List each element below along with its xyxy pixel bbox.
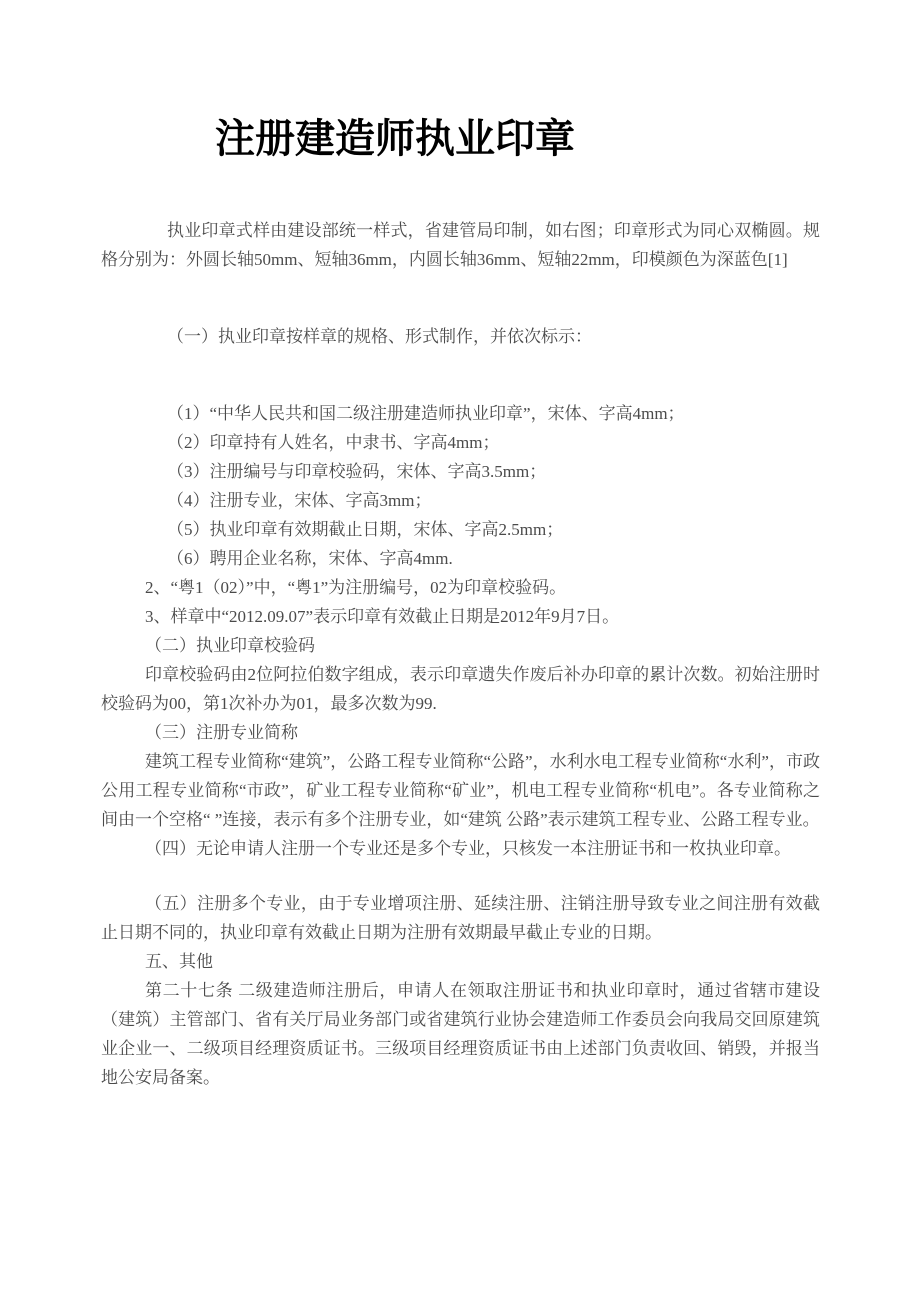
paragraph-spacer bbox=[101, 351, 820, 399]
document-title: 注册建造师执业印章 bbox=[0, 0, 920, 166]
paragraph: 印章校验码由2位阿拉伯数字组成，表示印章遗失作废后补办印章的累计次数。初始注册时… bbox=[101, 660, 820, 718]
paragraph: 3、样章中“2012.09.07”表示印章有效截止日期是2012年9月7日。 bbox=[101, 602, 820, 631]
paragraph: （一）执业印章按样章的规格、形式制作，并依次标示： bbox=[101, 322, 820, 351]
paragraph-spacer bbox=[101, 274, 820, 322]
paragraph: （2）印章持有人姓名，中隶书、字高4mm； bbox=[101, 428, 820, 457]
paragraph: （4）注册专业，宋体、字高3mm； bbox=[101, 486, 820, 515]
paragraph: 五、其他 bbox=[101, 947, 820, 976]
paragraph: 建筑工程专业简称“建筑”，公路工程专业简称“公路”，水利水电工程专业简称“水利”… bbox=[101, 747, 820, 834]
paragraph: （3）注册编号与印章校验码，宋体、字高3.5mm； bbox=[101, 457, 820, 486]
document-page: 注册建造师执业印章 执业印章式样由建设部统一样式，省建管局印制，如右图；印章形式… bbox=[0, 0, 920, 1302]
paragraph: （三）注册专业简称 bbox=[101, 718, 820, 747]
paragraph: 执业印章式样由建设部统一样式，省建管局印制，如右图；印章形式为同心双椭圆。规格分… bbox=[101, 216, 820, 274]
paragraph: （二）执业印章校验码 bbox=[101, 631, 820, 660]
document-body: 执业印章式样由建设部统一样式，省建管局印制，如右图；印章形式为同心双椭圆。规格分… bbox=[101, 216, 820, 1092]
paragraph: 2、“粤1（02）”中，“粤1”为注册编号，02为印章校验码。 bbox=[101, 573, 820, 602]
paragraph: （四）无论申请人注册一个专业还是多个专业，只核发一本注册证书和一枚执业印章。 bbox=[101, 834, 820, 863]
paragraph: （五）注册多个专业，由于专业增项注册、延续注册、注销注册导致专业之间注册有效截止… bbox=[101, 889, 820, 947]
paragraph: 第二十七条 二级建造师注册后，申请人在领取注册证书和执业印章时，通过省辖市建设（… bbox=[101, 976, 820, 1092]
paragraph-spacer bbox=[101, 863, 820, 889]
paragraph: （6）聘用企业名称，宋体、字高4mm. bbox=[101, 544, 820, 573]
paragraph: （5）执业印章有效期截止日期，宋体、字高2.5mm； bbox=[101, 515, 820, 544]
paragraph: （1）“中华人民共和国二级注册建造师执业印章”，宋体、字高4mm； bbox=[101, 399, 820, 428]
